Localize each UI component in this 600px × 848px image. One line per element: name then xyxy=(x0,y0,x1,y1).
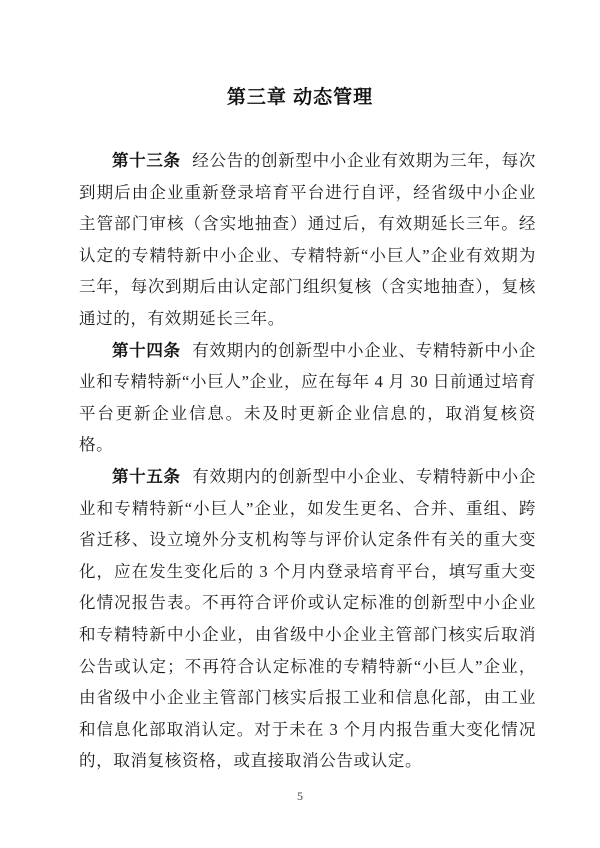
article-15-text: 有效期内的创新型中小企业、专精特新中小企业和专精特新“小巨人”企业，如发生更名、… xyxy=(79,467,536,770)
article-15-paragraph: 第十五条有效期内的创新型中小企业、专精特新中小企业和专精特新“小巨人”企业，如发… xyxy=(79,461,536,777)
document-body: 第十三条经公告的创新型中小企业有效期为三年，每次到期后由企业重新登录培育平台进行… xyxy=(79,145,536,777)
document-page: 第三章 动态管理 第十三条经公告的创新型中小企业有效期为三年，每次到期后由企业重… xyxy=(0,0,600,848)
page-number: 5 xyxy=(0,789,600,804)
article-15-label: 第十五条 xyxy=(112,467,181,486)
article-13-text: 经公告的创新型中小企业有效期为三年，每次到期后由企业重新登录培育平台进行自评，经… xyxy=(79,151,536,328)
article-14-label: 第十四条 xyxy=(112,341,181,360)
article-13-label: 第十三条 xyxy=(112,151,181,170)
chapter-title: 第三章 动态管理 xyxy=(0,84,600,111)
article-14-paragraph: 第十四条有效期内的创新型中小企业、专精特新中小企业和专精特新“小巨人”企业，应在… xyxy=(79,335,536,461)
article-13-paragraph: 第十三条经公告的创新型中小企业有效期为三年，每次到期后由企业重新登录培育平台进行… xyxy=(79,145,536,335)
